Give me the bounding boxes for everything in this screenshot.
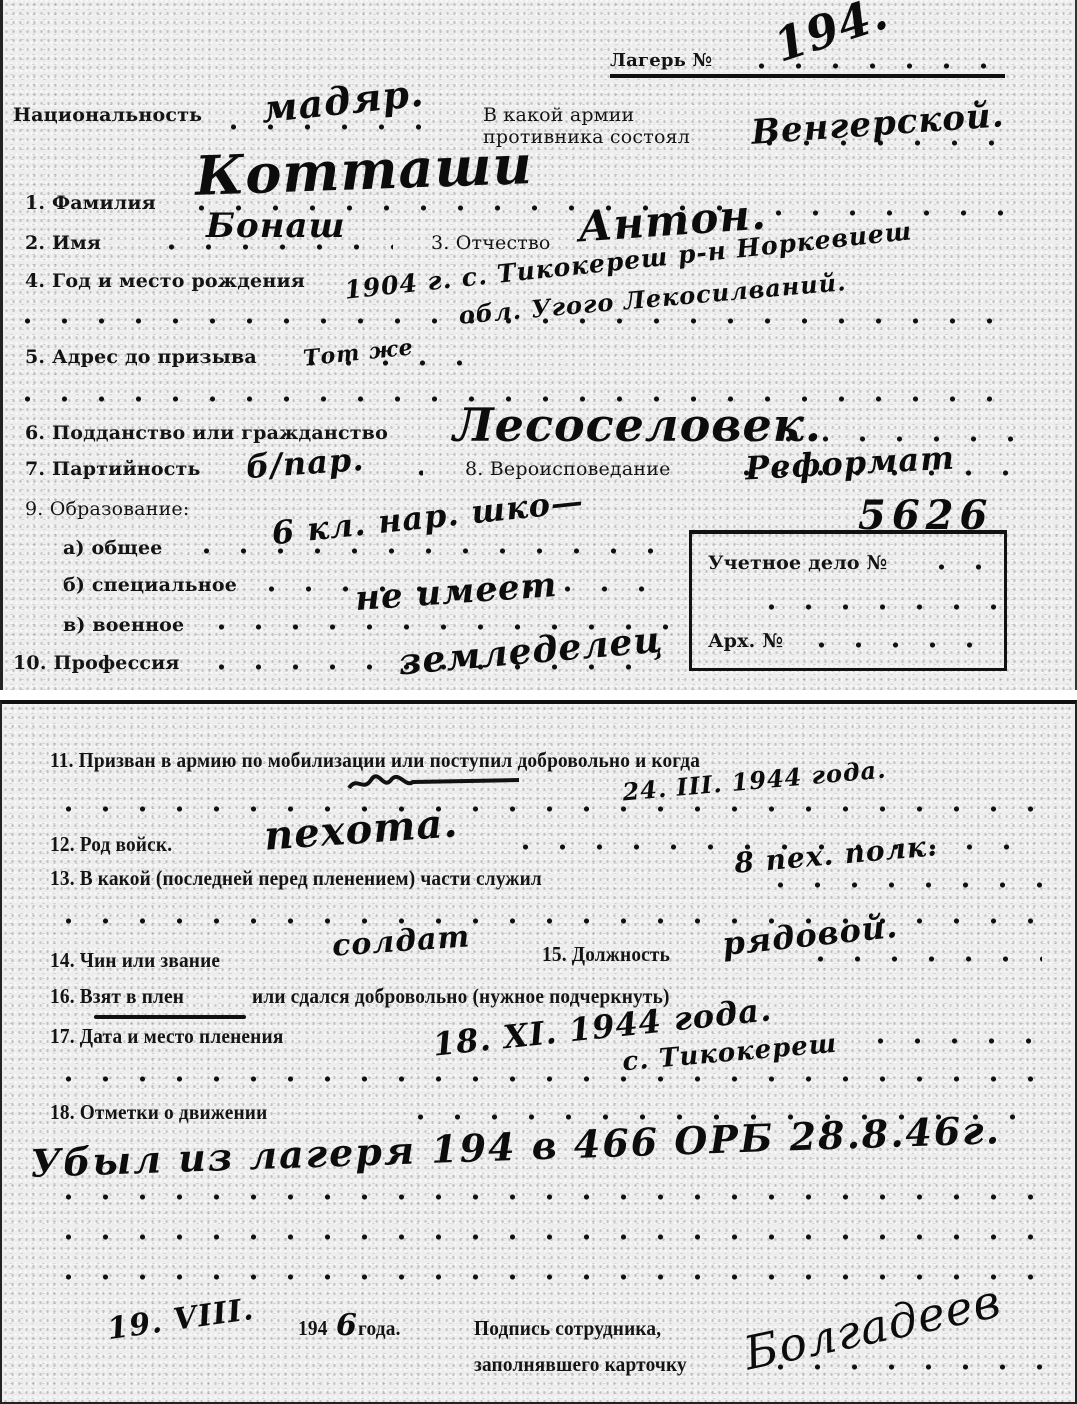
movement-label: 18. Отметки о движении: [50, 1100, 267, 1125]
rank-value: солдат: [331, 919, 471, 964]
name-value: Бонаш: [206, 206, 346, 246]
fill-date-year-word: года.: [358, 1316, 401, 1341]
capture-type-label-captured[interactable]: 16. Взят в плен: [50, 984, 184, 1009]
position-value: рядовой.: [720, 907, 899, 963]
party-value: б/пар.: [245, 440, 366, 486]
case-number-dots-2: [753, 604, 998, 610]
citizenship-dots: [733, 436, 1023, 442]
nationality-value: мадяр.: [259, 70, 426, 132]
case-number-value: 5626: [858, 492, 993, 539]
fill-date-year-suffix: 6: [336, 1308, 358, 1343]
capture-date-dots-2: [50, 1076, 1040, 1082]
nationality-label: Национальность: [13, 104, 202, 126]
capture-type-underline: [94, 1015, 246, 1019]
unit-label: 13. В какой (последней перед пленением) …: [50, 866, 542, 891]
patronymic-label: 3. Отчество: [431, 232, 551, 254]
signature-label-line1: Подпись сотрудника,: [474, 1316, 661, 1341]
case-number-dots: [923, 564, 998, 570]
branch-label: 12. Род войск.: [50, 832, 172, 857]
education-general-label: а) общее: [63, 537, 163, 559]
education-special-value: не имеет: [354, 565, 559, 619]
address-value: Тот же: [302, 334, 415, 371]
education-general-value: 6 кл. нар. шко—: [270, 482, 586, 553]
camp-value: 194.: [767, 0, 894, 73]
position-dots: [802, 956, 1042, 962]
capture-type-label-rest[interactable]: или сдался добровольно (нужное подчеркну…: [252, 984, 670, 1009]
fill-date-day-month: 19. VIII.: [105, 1292, 256, 1347]
education-military-label: в) военное: [63, 614, 184, 636]
religion-label: 8. Вероисповедание: [465, 458, 671, 480]
case-number-label: Учетное дело №: [708, 552, 887, 574]
drafted-label: 11. Призван в армию по мобилизации или п…: [50, 748, 700, 773]
army-label-line1: В какой армии: [483, 104, 634, 126]
drafted-dots: [50, 806, 1040, 812]
capture-date-dots: [862, 1038, 1042, 1044]
education-label: 9. Образование:: [25, 498, 189, 520]
archive-number-dots: [803, 642, 998, 648]
surname-label: 1. Фамилия: [25, 192, 156, 214]
patronymic-dots: [723, 210, 1023, 216]
address-label: 5. Адрес до призыва: [25, 346, 257, 368]
fill-date-year-prefix: 194: [298, 1316, 328, 1341]
education-general-dots: [188, 548, 668, 554]
card-back: 11. Призван в армию по мобилизации или п…: [0, 700, 1077, 1404]
signature-label-line2: заполнявшего карточку: [474, 1352, 687, 1377]
citizenship-value: Лесоселовек.: [453, 398, 822, 452]
profession-label: 10. Профессия: [13, 652, 180, 674]
surname-value: Котташи: [194, 132, 534, 208]
movement-dots-3: [50, 1234, 1040, 1240]
birth-label: 4. Год и место рождения: [25, 270, 305, 292]
capture-date-label: 17. Дата и место пленения: [50, 1024, 283, 1049]
movement-dots-4: [50, 1274, 1040, 1280]
archive-number-label: Арх. №: [708, 630, 783, 652]
camp-underline: [610, 74, 1005, 78]
unit-value: 8 пех. полк.: [733, 829, 939, 880]
birth-dots: [9, 318, 1019, 324]
citizenship-label: 6. Подданство или гражданство: [25, 422, 388, 444]
education-special-label: б) специальное: [63, 574, 237, 596]
position-label: 15. Должность: [542, 942, 670, 967]
party-label: 7. Партийность: [25, 458, 201, 480]
rank-label: 14. Чин или звание: [50, 948, 220, 973]
camp-label: Лагерь №: [610, 50, 712, 71]
drafted-underline-scribble: [347, 772, 522, 794]
card-front: Лагерь № 194. Национальность мадяр. В ка…: [0, 0, 1077, 690]
movement-dots-2: [50, 1194, 1040, 1200]
name-label: 2. Имя: [25, 232, 101, 254]
party-dots: [403, 470, 423, 476]
unit-dots: [762, 882, 1042, 888]
